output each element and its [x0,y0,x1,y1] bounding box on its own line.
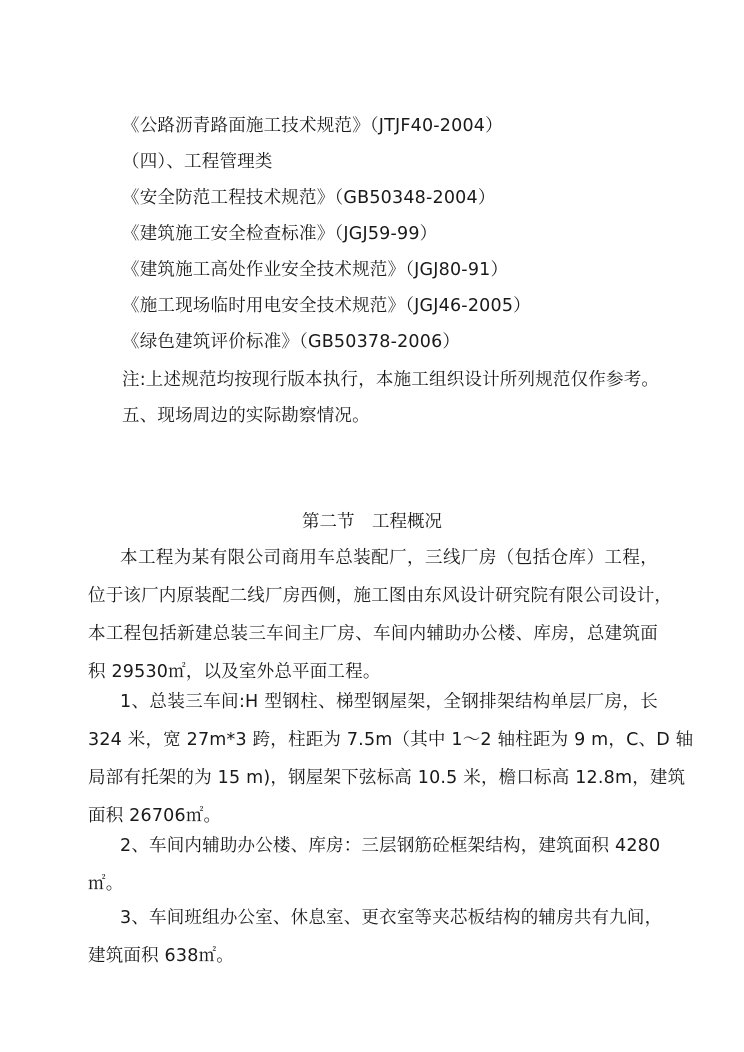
note-text: 注:上述规范均按现行版本执行，本施工组织设计所列规范仅作参考。 [122,368,659,392]
item-2-line: 2、车间内辅助办公楼、库房：三层钢筋砼框架结构，建筑面积 4280 [120,834,658,858]
item-1-line: 局部有托架的为 15 m)，钢屋架下弦标高 10.5 米，檐口标高 12.8m，… [88,766,658,790]
item-1-line: 面积 26706㎡。 [88,804,221,828]
item-1-line: 324 米，宽 27m*3 跨，柱距为 7.5m（其中 1～2 轴柱距为 9 m… [88,728,658,752]
overview-line: 积 29530㎡，以及室外总平面工程。 [88,660,381,684]
item-3-line: 3、车间班组办公室、休息室、更衣室等夹芯板结构的辅房共有九间， [120,906,658,930]
category-heading: （四）、工程管理类 [122,150,273,174]
reference-item: 《安全防范工程技术规范》（GB50348-2004） [122,186,496,210]
item-3-line: 建筑面积 638㎡。 [88,944,234,968]
reference-item: 《施工现场临时用电安全技术规范》（JGJ46-2005） [122,294,531,318]
reference-item: 《公路沥青路面施工技术规范》（JTJF40-2004） [122,114,503,138]
section-title: 第二节 工程概况 [0,510,744,534]
section-five-heading: 五、现场周边的实际勘察情况。 [122,404,370,428]
document-page: 《公路沥青路面施工技术规范》（JTJF40-2004） （四）、工程管理类 《安… [0,0,744,1052]
reference-item: 《绿色建筑评价标准》（GB50378-2006） [122,330,460,354]
reference-item: 《建筑施工安全检查标准》（JGJ59-99） [122,222,437,246]
overview-line: 本工程包括新建总装三车间主厂房、车间内辅助办公楼、库房，总建筑面 [88,622,658,646]
item-1-line: 1、总装三车间:H 型钢柱、梯型钢屋架，全钢排架结构单层厂房，长 [120,690,658,714]
overview-line: 本工程为某有限公司商用车总装配厂，三线厂房（包括仓库）工程， [120,546,658,570]
item-2-line: ㎡。 [88,872,123,896]
overview-line: 位于该厂内原装配二线厂房西侧，施工图由东风设计研究院有限公司设计， [88,584,658,608]
reference-item: 《建筑施工高处作业安全技术规范》（JGJ80-91） [122,258,508,282]
